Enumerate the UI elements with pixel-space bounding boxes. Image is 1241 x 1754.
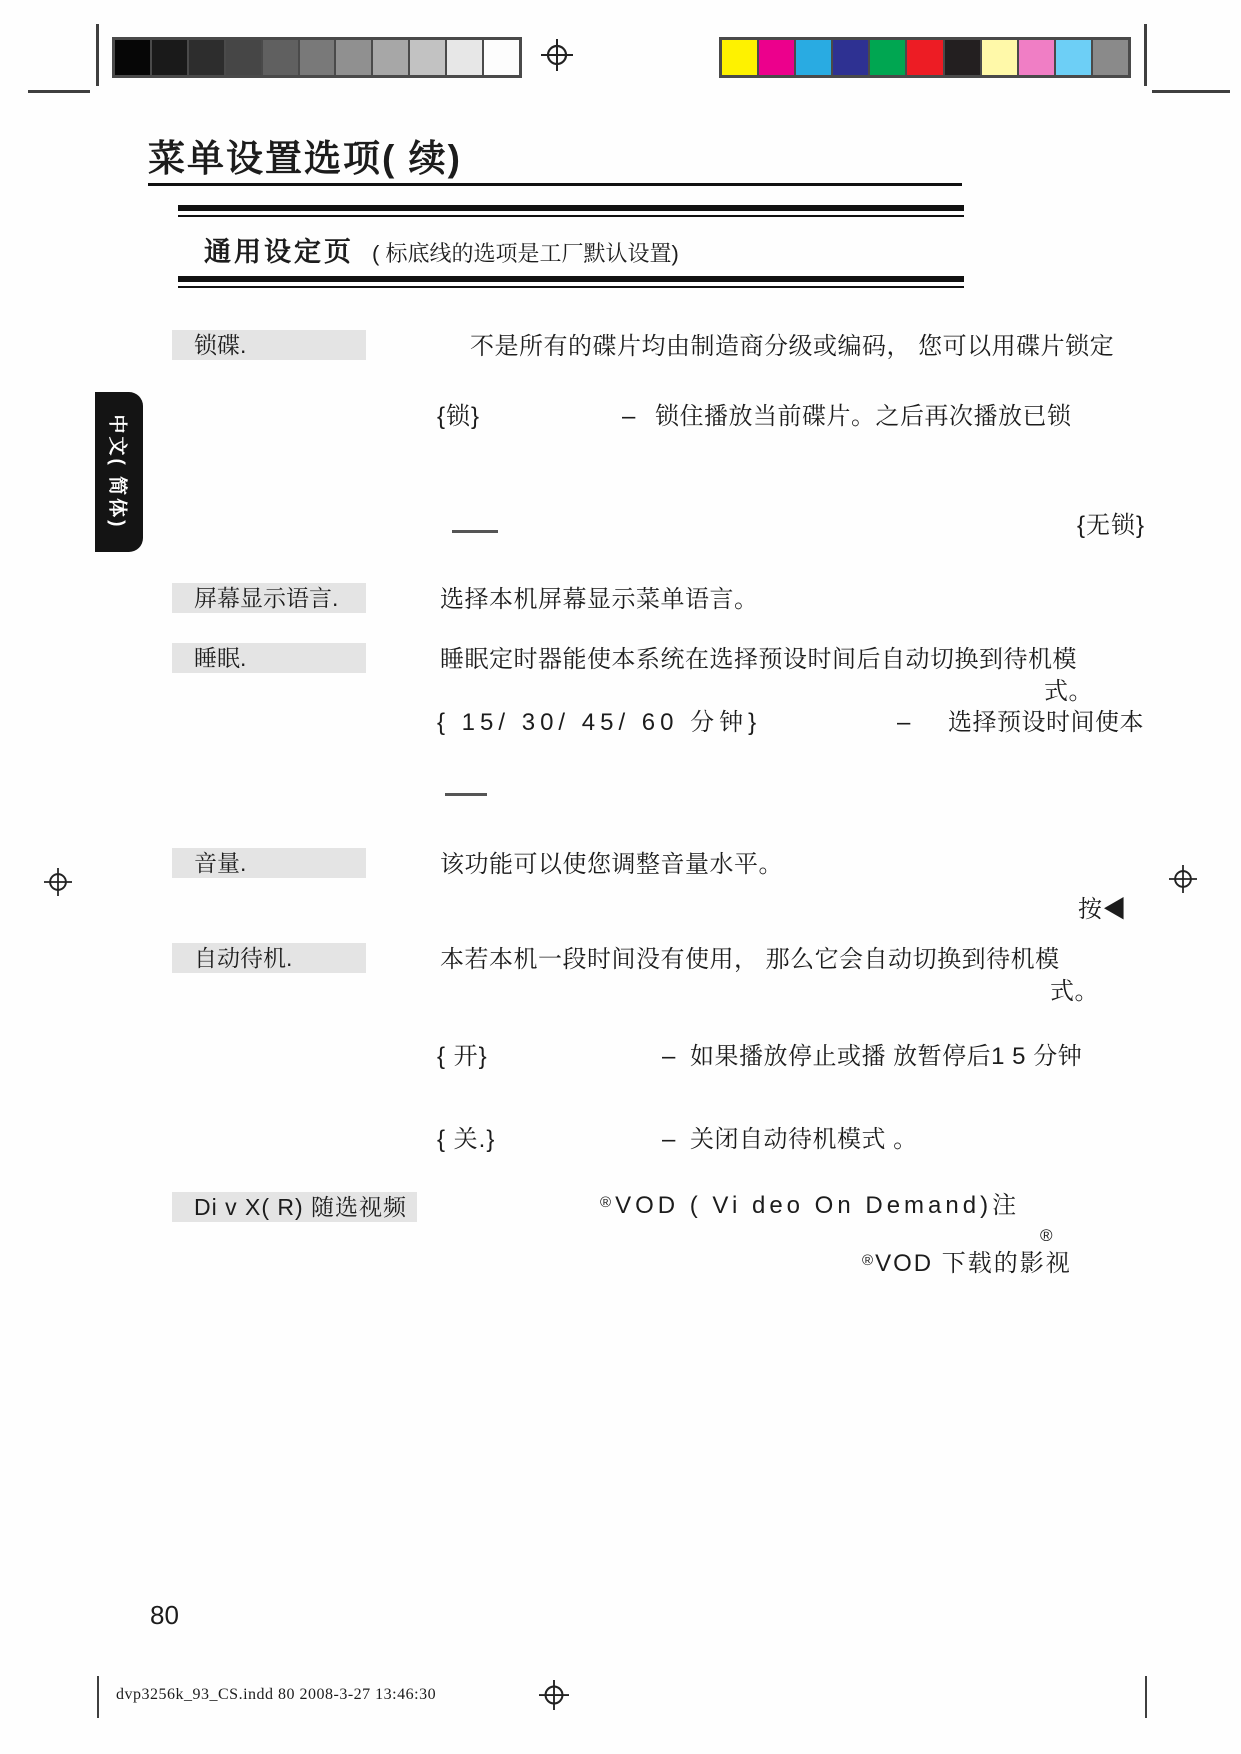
grayscale-swatch [410,40,447,75]
unlock-underline [452,530,498,533]
osd-language-desc: 选择本机屏幕显示菜单语言。 [440,585,759,615]
section-header-title: 通用设定页 [204,230,354,269]
registered-trademark-symbol: ® [862,1252,875,1269]
crop-mark-top-right-vertical [1144,24,1147,86]
footer-imprint: dvp3256k_93_CS.indd 80 2008-3-27 13:46:3… [116,1686,436,1704]
registered-trademark-symbol: ® [1040,1226,1053,1246]
sleep-option-desc: 选择预设时间使本 [948,708,1144,738]
volume-label: 音量. [172,848,366,878]
sleep-default-underline [445,793,487,796]
sleep-desc-continuation: 式。 [1044,677,1093,707]
standby-off-value: { 关.} [437,1125,495,1155]
registration-mark-icon [44,868,72,896]
auto-standby-desc: 本若本机一段时间没有使用， 那么它会自动切换到待机模 [440,945,1060,975]
grayscale-swatch [484,40,519,75]
divx-vod-line2: ®VOD 下载的影视 [862,1246,1072,1279]
section-header-note: ( 标底线的选项是工厂默认设置) [372,237,679,268]
color-swatch [722,40,759,75]
auto-standby-desc-continuation: 式。 [1050,977,1099,1007]
crop-mark-top-left-horizontal [28,90,90,93]
color-swatch [870,40,907,75]
lock-option-desc: 锁住播放当前碟片。之后再次播放已锁 [655,402,1072,432]
crop-mark-top-left-vertical [96,24,99,86]
grayscale-swatch [447,40,484,75]
header-rule-top-thick [178,205,964,211]
lock-disc-label: 锁碟. [172,330,366,360]
color-calibration-bar [719,37,1131,78]
divx-vod-line1: ®VOD ( Vi deo On Demand)注 [600,1188,1020,1221]
grayscale-calibration-bar [112,37,522,78]
divx-vod-line2-text: VOD 下载的影视 [875,1250,1072,1277]
grayscale-swatch [263,40,300,75]
lock-disc-desc: 不是所有的碟片均由制造商分级或编码， 您可以用碟片锁定 [470,332,1114,362]
sleep-option-value: { 15/ 30/ 45/ 60 分钟} [437,708,761,738]
grayscale-swatch [300,40,337,75]
color-swatch [982,40,1019,75]
lock-option-dash: – [622,402,636,432]
grayscale-swatch [336,40,373,75]
color-swatch [1019,40,1056,75]
crop-mark-bottom-left-vertical [97,1676,99,1718]
header-rule-top-thin [178,215,964,217]
color-swatch [945,40,982,75]
auto-standby-label: 自动待机. [172,943,366,973]
divx-vod-line1-text: VOD ( Vi deo On Demand)注 [615,1192,1020,1219]
manual-page: 菜单设置选项( 续) 通用设定页 ( 标底线的选项是工厂默认设置) 中文( 简体… [0,0,1241,1754]
grayscale-swatch [152,40,189,75]
osd-language-label: 屏幕显示语言. [172,583,366,613]
registered-trademark-symbol: ® [600,1194,615,1211]
title-underline [148,183,962,186]
sleep-label: 睡眠. [172,643,366,673]
grayscale-swatch [189,40,226,75]
grayscale-swatch [226,40,263,75]
color-swatch [907,40,944,75]
color-swatch [759,40,796,75]
color-swatch [796,40,833,75]
color-swatch [833,40,870,75]
standby-on-dash: – [662,1042,676,1072]
unlock-option-value: {无锁} [1077,511,1145,541]
registration-mark-icon [541,39,573,71]
divx-vod-label: Di v X( R) 随选视频 [172,1192,417,1222]
volume-desc: 该功能可以使您调整音量水平。 [440,850,783,880]
crop-mark-top-right-horizontal [1152,90,1230,93]
header-rule-bottom-thick [178,276,964,282]
registration-mark-icon [1169,865,1197,893]
language-tab: 中文( 简体) [95,392,143,552]
color-swatch [1056,40,1093,75]
standby-on-desc: 如果播放停止或播 放暂停后1 5 分钟 [690,1042,1082,1072]
sleep-desc: 睡眠定时器能使本系统在选择预设时间后自动切换到待机模 [440,645,1077,675]
registration-mark-icon [539,1680,569,1710]
page-title: 菜单设置选项( 续) [148,128,462,182]
grayscale-swatch [373,40,410,75]
standby-off-desc: 关闭自动待机模式 。 [690,1125,918,1155]
standby-off-dash: – [662,1125,676,1155]
grayscale-swatch [115,40,152,75]
sleep-option-dash: – [897,708,911,738]
page-number: 80 [150,1600,179,1631]
crop-mark-bottom-right-vertical [1145,1676,1147,1718]
standby-on-value: { 开} [437,1042,488,1072]
volume-press-hint: 按◀ [1078,895,1127,925]
lock-option-value: {锁} [437,402,480,432]
header-rule-bottom-thin [178,286,964,288]
language-tab-label: 中文( 简体) [106,415,133,530]
color-swatch [1093,40,1128,75]
